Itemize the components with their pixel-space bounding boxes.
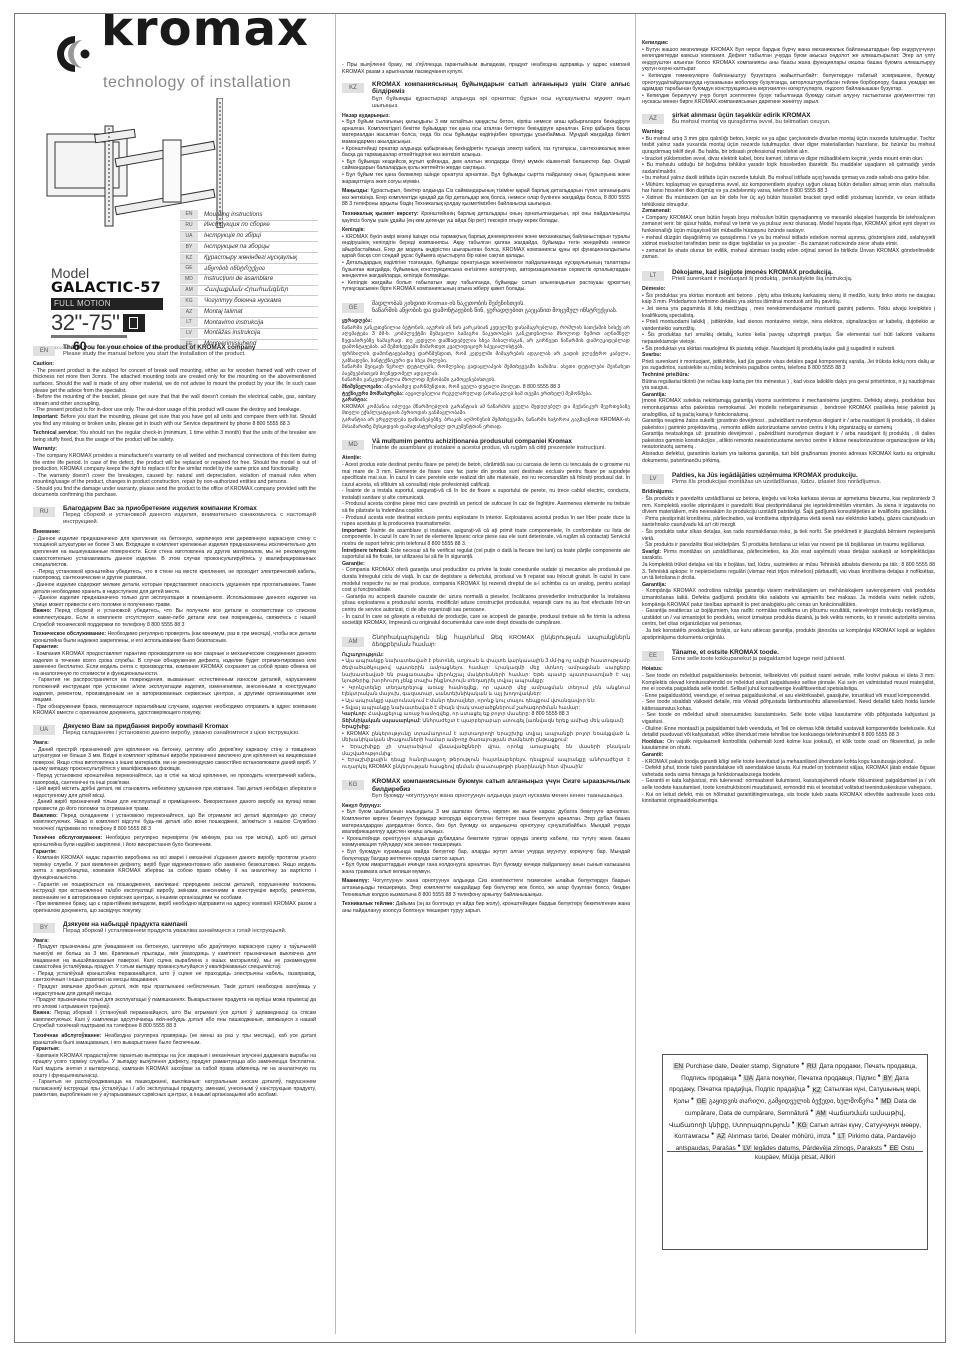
size-bar	[51, 335, 127, 338]
section-ua: UA Дякуємо Вам за придбання виробу компа…	[33, 723, 316, 915]
language-row: RUИнструкция по сборке	[180, 221, 318, 232]
lang-badge: KZ	[342, 83, 364, 93]
lang-badge: AZ	[642, 114, 664, 124]
language-row: MDInstrucțiuni de asamblare	[180, 275, 318, 286]
column-1: kromax technology of installation ENMoun…	[23, 14, 318, 1334]
section-ru: RU Благодарим Вас за приобретение издели…	[33, 505, 316, 717]
language-row: AZMontaj talimat	[180, 307, 318, 318]
section-ee: EE Täname, et ostsite KROMAX toode.Enne …	[642, 649, 935, 805]
language-index: ENMounting instructions RUИнструкция по …	[180, 210, 318, 350]
language-row: KZҚұрастыру жөніндегі нұсқаулық	[180, 253, 318, 264]
section-md: MD Vă mulțumim pentru achiziționarea pro…	[342, 438, 630, 627]
language-row: LVMontāžas instrukcija	[180, 329, 318, 340]
language-row: KGЧогултуу боюнча нускама	[180, 296, 318, 307]
lang-badge: KG	[342, 780, 364, 790]
dealer-stamp-box: EN Purchase date, Dealer stamp, Signatur…	[662, 1054, 928, 1250]
section-am: AM Շնորհակալություն ենք հայտնում Ձեզ KRO…	[342, 635, 630, 771]
column-2: - Пры выяўленні браку, які з'яўляецца га…	[335, 14, 630, 1334]
column-3: Кепилдик: • Бүтүн жашоо мезгилинде KROMA…	[635, 14, 935, 1334]
lang-badge: EE	[642, 651, 664, 661]
language-row: LTMontavimo instrukcija	[180, 318, 318, 329]
stamp-divider	[667, 1151, 923, 1152]
language-row: GEაწყობის ინსტრუქცია	[180, 264, 318, 275]
motion-type-badge: FULL MOTION	[51, 298, 163, 310]
brand-name: kromax	[101, 26, 309, 33]
language-row: ENMounting instructions	[180, 210, 318, 221]
language-row: UAІнструкція по збірці	[180, 232, 318, 243]
lang-badge: EN	[33, 346, 55, 356]
lang-badge: GE	[342, 303, 364, 313]
section-az: AZ şirkət alınması üçün təşəkkür edirik …	[642, 112, 935, 261]
kromax-logo-icon	[55, 34, 95, 74]
section-by: BY Дзякуем на набыццё прадукта кампанііП…	[33, 921, 316, 1099]
lang-badge: LT	[642, 271, 664, 281]
instruction-sheet: kromax technology of installation ENMoun…	[14, 13, 946, 1343]
section-kg: KG KROMAX компаниясынын буюмун сатып алг…	[342, 778, 630, 914]
language-row: AMՀավաքման Հրահանգներ	[180, 286, 318, 297]
section-kz: KZ KROMAX компаниясының бұйымдарын сатып…	[342, 81, 630, 293]
tv-bracket-illustration	[45, 98, 223, 228]
lang-badge: MD	[342, 440, 364, 450]
lang-badge: AM	[342, 637, 364, 647]
brand-tagline: technology of installation	[103, 80, 291, 87]
vesa-icon	[123, 314, 145, 332]
lang-badge: BY	[33, 923, 55, 933]
brand-logo: kromax technology of installation	[43, 28, 318, 98]
language-row: BYІнструкцыя па зборцы	[180, 242, 318, 253]
section-lv: LV Paldies, ka Jūs iegādājāties uzņēmuma…	[642, 472, 935, 641]
model-name: GALACTIC-57	[51, 280, 163, 297]
model-label: Model	[51, 266, 163, 280]
lang-badge: UA	[33, 725, 55, 735]
lang-badge: RU	[33, 507, 55, 517]
section-lt: LT Dėkojame, kad įsigijote įmonės KROMAX…	[642, 269, 935, 464]
section-ge: GE მადლობას გიხდით Kromax-ის ნაკეთობის შ…	[342, 301, 630, 430]
section-kg-warranty: Кепилдик: • Бүтүн жашоо мезгилинде KROMA…	[642, 40, 935, 106]
lang-badge: LV	[642, 474, 664, 484]
section-en: EN Thank you for your choice of the prod…	[33, 344, 316, 499]
screen-size: 32"-75"	[51, 312, 119, 334]
